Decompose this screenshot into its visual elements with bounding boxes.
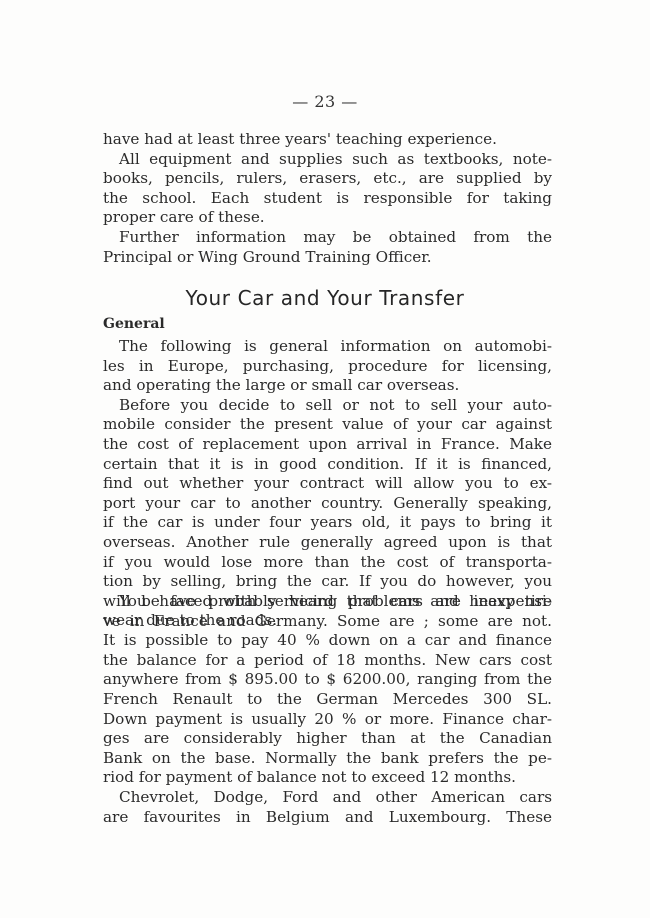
text-line: ve in France and Germany. Some are ; som… [103, 612, 552, 632]
page-number: — 23 — [0, 92, 650, 111]
paragraph: Further information may be obtained from… [103, 228, 552, 267]
text-line: Down payment is usually 20 % or more. Fi… [103, 710, 552, 730]
text-line: are favourites in Belgium and Luxembourg… [103, 808, 552, 828]
text-line: Before you decide to sell or not to sell… [103, 396, 552, 416]
tail-text: You have probably heard that cars are in… [103, 592, 552, 827]
text-line: mobile consider the present value of you… [103, 415, 552, 435]
text-line: and operating the large or small car ove… [103, 376, 552, 396]
text-line: All equipment and supplies such as textb… [103, 150, 552, 170]
text-line: the school. Each student is responsible … [103, 189, 552, 209]
text-line: Bank on the base. Normally the bank pref… [103, 749, 552, 769]
text-line: riod for payment of balance not to excee… [103, 768, 552, 788]
text-line: the balance for a period of 18 months. N… [103, 651, 552, 671]
section-title: Your Car and Your Transfer [0, 286, 650, 310]
text-line: books, pencils, rulers, erasers, etc., a… [103, 169, 552, 189]
paragraph: All equipment and supplies such as textb… [103, 150, 552, 228]
text-line: port your car to another country. Genera… [103, 494, 552, 514]
text-line: les in Europe, purchasing, procedure for… [103, 357, 552, 377]
text-line: Principal or Wing Ground Training Office… [103, 248, 552, 268]
intro-text: have had at least three years' teaching … [103, 130, 552, 267]
text-line: proper care of these. [103, 208, 552, 228]
paragraph: have had at least three years' teaching … [103, 130, 552, 150]
text-line: ges are considerably higher than at the … [103, 729, 552, 749]
text-line: It is possible to pay 40 % down on a car… [103, 631, 552, 651]
paragraph: The following is general information on … [103, 337, 552, 396]
text-line: anywhere from $ 895.00 to $ 6200.00, ran… [103, 670, 552, 690]
text-line: find out whether your contract will allo… [103, 474, 552, 494]
text-line: Further information may be obtained from… [103, 228, 552, 248]
subheading: General [103, 316, 165, 332]
paragraph: Chevrolet, Dodge, Ford and other America… [103, 788, 552, 827]
text-line: if you would lose more than the cost of … [103, 553, 552, 573]
text-line: certain that it is in good condition. If… [103, 455, 552, 475]
document-page: — 23 — have had at least three years' te… [0, 0, 650, 918]
text-line: You have probably heard that cars are in… [103, 592, 552, 612]
text-line: French Renault to the German Mercedes 30… [103, 690, 552, 710]
paragraph: You have probably heard that cars are in… [103, 592, 552, 788]
text-line: overseas. Another rule generally agreed … [103, 533, 552, 553]
text-line: have had at least three years' teaching … [103, 130, 552, 150]
text-line: The following is general information on … [103, 337, 552, 357]
body-text: The following is general information on … [103, 337, 552, 631]
text-line: tion by selling, bring the car. If you d… [103, 572, 552, 592]
text-line: the cost of replacement upon arrival in … [103, 435, 552, 455]
text-line: if the car is under four years old, it p… [103, 513, 552, 533]
text-line: Chevrolet, Dodge, Ford and other America… [103, 788, 552, 808]
